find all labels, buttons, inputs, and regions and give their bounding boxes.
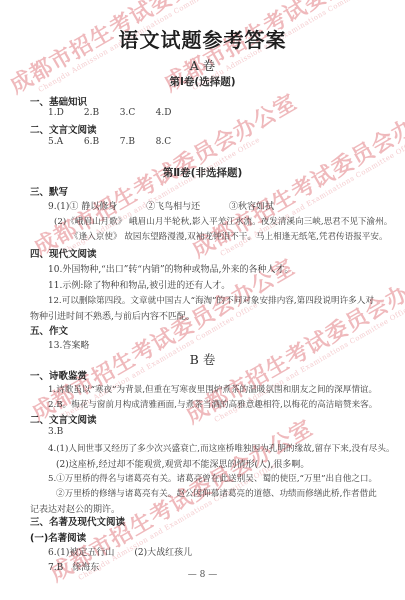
answer-item: 8.C — [156, 137, 189, 147]
answer-q5-2-line1: ②万里桥的修缮与诸葛亮有关。赵公因仰慕诸葛亮的道德、功绩而修缮此桥,作者借此 — [56, 487, 377, 499]
answer-q1: 1.诗歌虽以“寒夜”为背景,但重在写寒夜里围炉煮茶的温暖氛围和朋友之间的深厚情谊… — [48, 383, 377, 395]
answer-q6: 6.(1)被定五行山(2)大战红孩儿 — [48, 545, 192, 558]
section-heading: 三、名著及现代文阅读 — [30, 514, 125, 528]
answer-row: 5.A 6.B 7.B 8.C — [48, 137, 189, 147]
volume-b-heading: B 卷 — [0, 350, 405, 368]
answer-q4-1: 4.(1)人间世事又经历了多少次兴盛衰亡,而这座桥唯独因为孔明的缘故,留存下来,… — [48, 442, 395, 454]
answer-q2: 2.B。梅花与窗前月构成清雅画面,与煮茶当酒的高雅意趣相符,以梅花的高洁暗赞来客… — [48, 398, 377, 410]
part1-heading: 第Ⅰ卷(选择题) — [0, 74, 405, 89]
answer-q4-2: (2)这座桥,经过却不能观赏,观赏却不能深思的情形(人),很多啊。 — [56, 457, 309, 470]
answer-q12-line1: 12.可以删除第四段。文章就中国古人“海淘”的不同对象安排内容,第四段说明许多人… — [48, 294, 374, 306]
section-heading: 四、现代文阅读 — [30, 246, 97, 260]
volume-a-heading: A 卷 — [0, 56, 405, 74]
document-title: 语文试题参考答案 — [0, 24, 405, 53]
answer-q3: 3.B — [48, 427, 63, 437]
answer-q11: 11.示例:除了物种和物品,被引进的还有人才。 — [48, 278, 230, 291]
answer-q5-1: 5.①万里桥的得名与诸葛亮有关。诸葛亮曾在此送别吴、蜀的使臣,“万里”出自他之口… — [48, 472, 377, 484]
section-heading: 一、基础知识 — [30, 94, 87, 108]
answer-item: 2.B — [84, 108, 117, 118]
answer-item: 1.D — [48, 108, 81, 118]
answer-item: 6.B — [84, 137, 117, 147]
answer-q9-2-line1: (2)《峨眉山月歌》 峨眉山月半轮秋,影入平羌江水流。夜发清溪向三峡,思君不见下… — [54, 215, 392, 227]
answer-row: 1.D 2.B 3.C 4.D — [48, 108, 189, 118]
answer-q10: 10.外国物种,“出口”转“内销”的物种或物品,外来的各种人才。 — [48, 262, 293, 275]
answer-q9-2-line2: 《逢入京使》 故园东望路漫漫,双袖龙钟泪不干。马上相逢无纸笔,凭君传语报平安。 — [70, 230, 388, 242]
section-heading: 五、作文 — [30, 323, 68, 337]
answer-item: 7.B — [120, 137, 153, 147]
subsection-heading: (一)名著阅读 — [30, 530, 86, 544]
section-heading: 三、默写 — [30, 184, 68, 198]
answer-item: 5.A — [48, 137, 81, 147]
answer-sheet-page: 成都市招生考试委员会办公室 Chengdu Admission and Exam… — [0, 0, 405, 600]
answer-item: 4.D — [156, 108, 189, 118]
answer-item: 3.C — [120, 108, 153, 118]
section-heading: 二、文言文阅读 — [30, 122, 97, 136]
page-number: — 8 — — [0, 570, 405, 580]
answer-q9-1: 9.(1)① 静以修身 ②飞鸟相与还 ③秋容如拭 — [48, 199, 274, 212]
section-heading: 二、文言文阅读 — [30, 412, 97, 426]
section-heading: 一、诗歌鉴赏 — [30, 368, 87, 382]
answer-q12-line2: 物种引进时间不熟悉,与前后内容不匹配。 — [30, 309, 195, 322]
part2-heading: 第Ⅱ卷(非选择题) — [0, 165, 405, 180]
